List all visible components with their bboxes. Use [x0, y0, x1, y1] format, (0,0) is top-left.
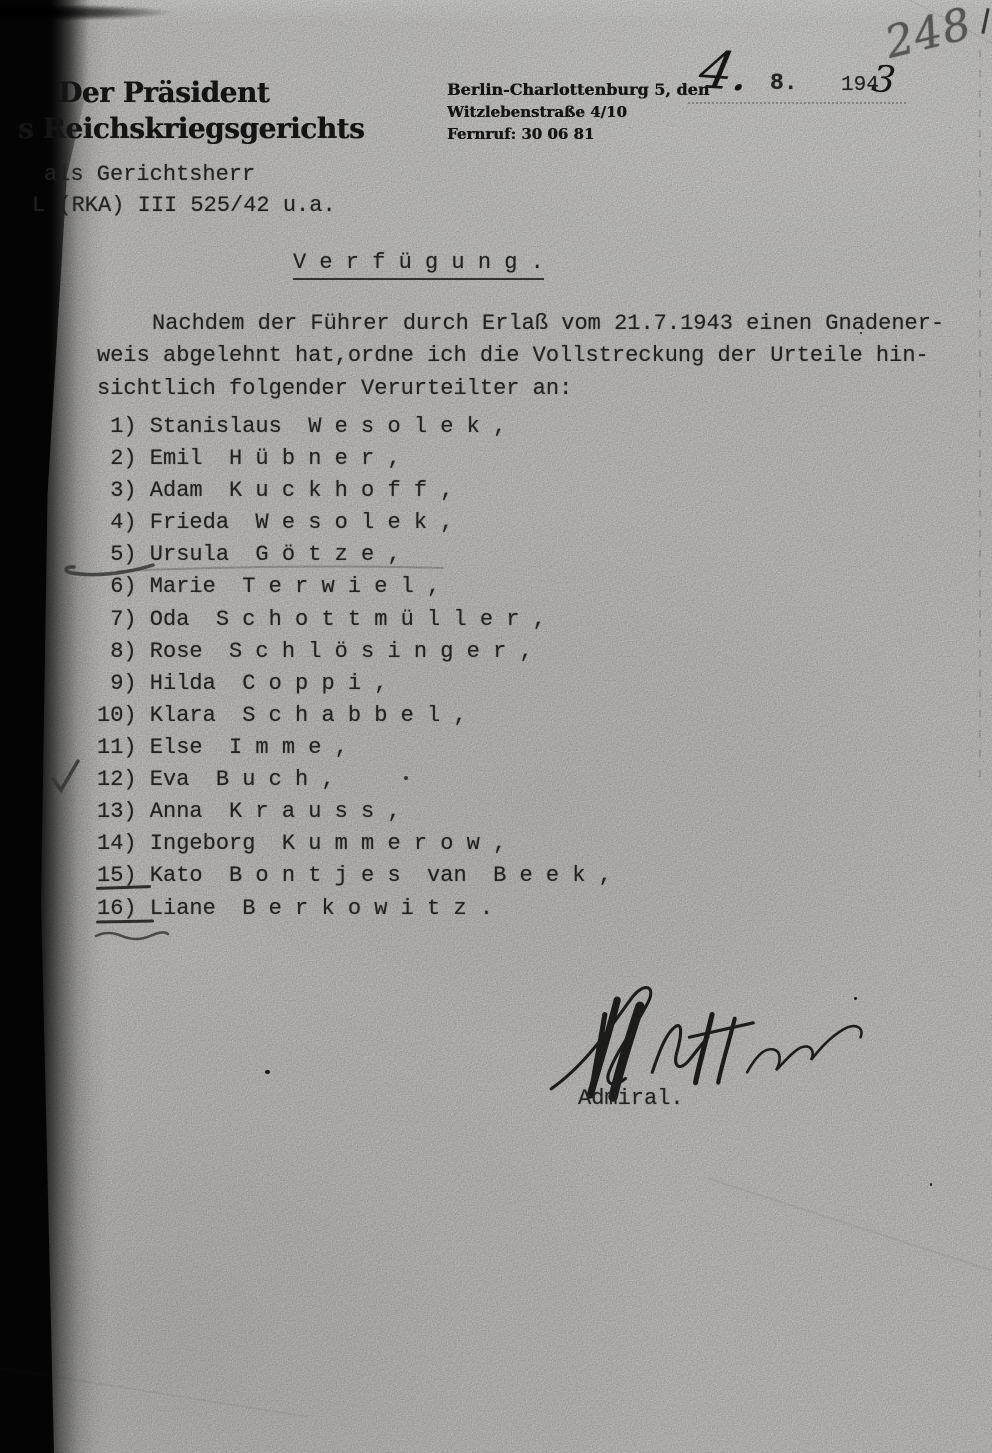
list-item-number: 3)	[97, 478, 137, 503]
list-item-name: Klara S c h a b b e l ,	[137, 703, 467, 728]
body-line-1: Nachdem der Führer durch Erlaß vom 21.7.…	[152, 311, 944, 336]
pencil-flourish-below-item-16	[94, 928, 174, 944]
list-item: 14) Ingeborg K u m m e r o w ,	[97, 831, 506, 856]
list-item-name: Frieda W e s o l e k ,	[137, 510, 454, 535]
ink-dot	[404, 776, 408, 780]
list-item-number: 13)	[97, 799, 137, 824]
list-item-number: 9)	[97, 671, 137, 696]
list-item-name: Kato B o n t j e s van B e e k ,	[137, 863, 612, 888]
list-item-name: Liane B e r k o w i t z .	[137, 896, 493, 921]
list-item-name: Emil H ü b n e r ,	[137, 446, 401, 471]
list-item-name: Eva B u c h ,	[137, 767, 335, 792]
address-city-line: Berlin-Charlottenburg 5, den	[447, 80, 709, 99]
address-phone-line: Fernruf: 30 06 81	[447, 125, 594, 143]
list-item-name: Rose S c h l ö s i n g e r ,	[137, 639, 533, 664]
list-item: 3) Adam K u c k h o f f ,	[97, 478, 453, 503]
handwritten-year-digit: 3	[870, 57, 898, 102]
list-item-number: 16)	[97, 896, 137, 921]
pencil-checkmark-item-12	[50, 758, 82, 794]
list-item: 15) Kato B o n t j e s van B e e k ,	[97, 863, 612, 888]
document-page: 248 Der Präsident s Reichskriegsgerichts…	[0, 0, 992, 1453]
list-item-number: 11)	[97, 735, 137, 760]
list-item-name: Hilda C o p p i ,	[137, 671, 388, 696]
paper-crease-diagonal	[708, 1178, 992, 1284]
paper-crease-vertical	[979, 50, 981, 790]
signature-rank-label: Admiral.	[578, 1086, 684, 1111]
document-title: V e r f ü g u n g .	[293, 250, 544, 280]
pencil-underline-item-16	[96, 919, 154, 923]
list-item: 4) Frieda W e s o l e k ,	[97, 510, 453, 535]
letterhead-title-line2: s Reichskriegsgerichts	[18, 112, 364, 145]
scan-top-smudge	[0, 4, 170, 21]
list-item-number: 8)	[97, 639, 137, 664]
paper-speck	[265, 1070, 270, 1074]
list-item: 1) Stanislaus W e s o l e k ,	[97, 414, 506, 439]
typed-date-month: 8.	[770, 70, 798, 96]
list-item-number: 10)	[97, 703, 137, 728]
pencil-underline-item-5	[58, 556, 458, 584]
list-item-name: Anna K r a u s s ,	[137, 799, 401, 824]
list-item: 12) Eva B u c h ,	[97, 767, 335, 792]
list-item-number: 14)	[97, 831, 137, 856]
list-item-number: 4)	[97, 510, 137, 535]
body-line-3: sichtlich folgender Verurteilter an:	[97, 376, 572, 401]
body-line-2: weis abgelehnt hat,ordne ich die Vollstr…	[97, 343, 929, 368]
list-item-number: 12)	[97, 767, 137, 792]
list-item-number: 15)	[97, 863, 137, 888]
list-item-name: Adam K u c k h o f f ,	[137, 478, 454, 503]
pencil-underline-item-15	[96, 885, 151, 890]
list-item-name: Else I m m e ,	[137, 735, 348, 760]
list-item-number: 1)	[97, 414, 137, 439]
scan-edge-tick	[981, 8, 989, 34]
list-item-number: 7)	[97, 607, 137, 632]
list-item-name: Oda S c h o t t m ü l l e r ,	[137, 607, 546, 632]
list-item: 16) Liane B e r k o w i t z .	[97, 896, 493, 921]
list-item-name: Stanislaus W e s o l e k ,	[137, 414, 507, 439]
letterhead-file-reference: L (RKA) III 525/42 u.a.	[32, 193, 336, 218]
list-item-number: 2)	[97, 446, 137, 471]
list-item: 11) Else I m m e ,	[97, 735, 348, 760]
list-item: 10) Klara S c h a b b e l ,	[97, 703, 467, 728]
letterhead-gerichtsherr-line: als Gerichtsherr	[44, 162, 255, 187]
paper-speck	[930, 1183, 932, 1186]
address-street-line: Witzlebenstraße 4/10	[447, 103, 627, 121]
list-item: 7) Oda S c h o t t m ü l l e r ,	[97, 607, 546, 632]
list-item: 9) Hilda C o p p i ,	[97, 671, 387, 696]
list-item: 8) Rose S c h l ö s i n g e r ,	[97, 639, 533, 664]
list-item: 13) Anna K r a u s s ,	[97, 799, 401, 824]
list-item: 2) Emil H ü b n e r ,	[97, 446, 401, 471]
list-item-name: Ingeborg K u m m e r o w ,	[137, 831, 507, 856]
letterhead-title-line1: Der Präsident	[58, 76, 269, 109]
